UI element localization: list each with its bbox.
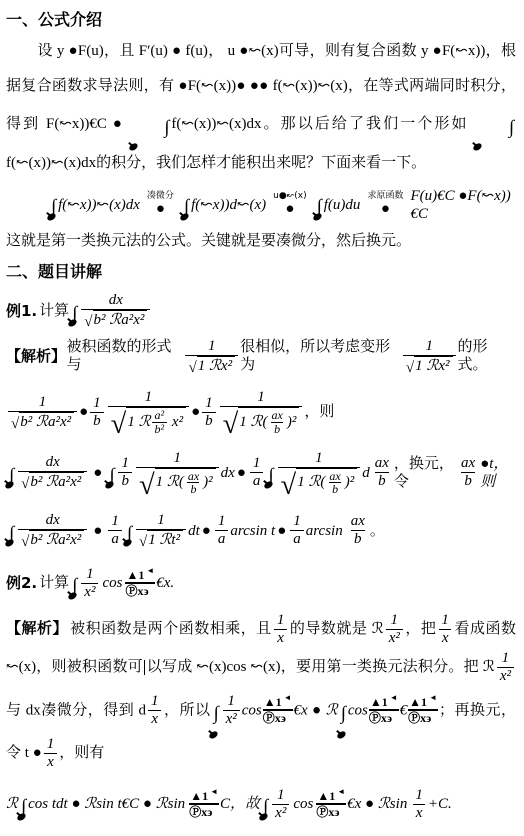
radical-sign: √ bbox=[406, 362, 414, 376]
integral-char: ∫ bbox=[164, 117, 169, 138]
corrupt-glyph-super: ◄ bbox=[390, 694, 398, 702]
denominator: b bbox=[461, 472, 475, 490]
corrupted-d: € bbox=[400, 702, 408, 718]
fraction-1-over-b: 1 b bbox=[90, 395, 104, 431]
intro-text-c: f(↜(x))↜(x)dx的积分，我们怎样才能积出来呢？下面来看一下。 bbox=[6, 155, 426, 171]
fraction-1-over-b: 1 b bbox=[202, 395, 216, 431]
numerator: ax bbox=[269, 409, 286, 422]
last-text-c: C，故 bbox=[220, 795, 260, 813]
last-text-e: €x ● ℛsin bbox=[347, 795, 407, 813]
denominator: √ b² ℛa²x² bbox=[18, 529, 87, 549]
corrupted-denominator: Ⓟx϶ bbox=[316, 805, 339, 818]
sol1-text-a: 被积函数的形式与 bbox=[67, 338, 184, 374]
sol2-text-a: 被积函数是两个函数相乘，且 bbox=[70, 621, 272, 637]
corrupted-numerator: ▲1◄ bbox=[125, 569, 155, 584]
corrupt-glyphs-top: ▲1 bbox=[409, 696, 427, 708]
row12-mid-text: ，换元，令 bbox=[394, 455, 456, 491]
integral-glyph: ∫ bbox=[109, 465, 114, 488]
sol2-text-f: 与 dx凑微分，得到 d bbox=[6, 702, 146, 718]
denominator: x bbox=[44, 753, 57, 771]
fraction-ax-over-b: ax b bbox=[185, 470, 202, 496]
corrupted-numerator: ▲1◄ bbox=[263, 696, 293, 711]
radical-sign: √ bbox=[139, 475, 155, 496]
numerator: 1 bbox=[250, 455, 264, 472]
integral-glyph: ∫ bbox=[184, 196, 189, 219]
fraction-1-over-a: 1 a bbox=[215, 513, 229, 549]
equals-annotated-u-phi: u●↜(x) ● bbox=[273, 192, 306, 217]
cos-term: cos bbox=[102, 574, 122, 592]
denominator: a bbox=[290, 530, 304, 548]
sol1-text-b: 很相似，所以考虑变形为 bbox=[240, 338, 401, 374]
chain-term-3: f(u)du bbox=[324, 196, 361, 214]
radicand: b² ℛa²x² bbox=[29, 472, 84, 491]
fraction-1-over-x: 1x bbox=[148, 693, 162, 729]
fraction-1-over-x2: 1x² bbox=[386, 612, 403, 648]
denominator: a bbox=[108, 530, 122, 548]
denominator: √ 1 ℛ( ax b )² bbox=[278, 467, 361, 496]
integral-char: ∫ bbox=[109, 465, 114, 486]
fraction-1-over-sqrt-t2: 1 √ 1 ℛt² bbox=[136, 512, 186, 550]
integral-glyph: ∫ bbox=[9, 523, 14, 546]
radicand-open: 1 ℛ( bbox=[297, 474, 325, 491]
radical-expression: √ b² ℛa²x² bbox=[11, 412, 74, 431]
integral-char: ∫ bbox=[317, 196, 322, 217]
radicand: 1 ℛt² bbox=[147, 530, 183, 549]
document-page: 一、公式介绍 设 y ●F(u)，且 F′(u) ● f(u)， u ●↜(x)… bbox=[0, 0, 524, 836]
substitution-formula-chain: ∫ f(↜x))↜(x)dx 凑微分 ● ∫ f(↜x))d↜(x) u●↜(x… bbox=[6, 187, 516, 223]
numerator: 1 bbox=[215, 513, 229, 530]
corrupt-glyph-super: ◄ bbox=[337, 788, 345, 796]
corrupted-fraction-1-over-x: ▲1◄Ⓟx϶ bbox=[369, 696, 399, 724]
equals-dot-glyph: ● bbox=[191, 403, 200, 421]
example2-statement: 例2. 计算 ∫ 1 x² cos ▲1◄ Ⓟx϶ €x. bbox=[6, 566, 516, 602]
fraction-ax-over-b: ax b bbox=[348, 513, 368, 549]
denominator: b bbox=[187, 482, 199, 496]
denominator: b² bbox=[152, 422, 168, 436]
corrupted-denominator: Ⓟx϶ bbox=[263, 711, 286, 724]
numerator: dx bbox=[106, 292, 126, 309]
fraction-ax-over-b: ax b bbox=[458, 455, 478, 491]
denominator: √ 1 ℛx² bbox=[403, 355, 456, 375]
integral-glyph: ∫ bbox=[268, 465, 273, 488]
denominator: b bbox=[329, 482, 341, 496]
numerator: 1 bbox=[148, 693, 162, 710]
radical-expression: √ 1 ℛ a² b² x² bbox=[111, 407, 186, 435]
fraction-1-over-b: 1 b bbox=[118, 455, 132, 491]
fraction-1-over-sqrt-axb: 1 √ 1 ℛ( ax b )² bbox=[278, 450, 361, 496]
corrupted-fraction-1-over-x: ▲1◄ Ⓟx϶ bbox=[125, 569, 155, 597]
fraction-ax-over-b: ax b bbox=[326, 470, 343, 496]
radicand: 1 ℛ( ax b )² bbox=[155, 468, 216, 496]
radical-sign: √ bbox=[21, 536, 29, 550]
integral-glyph: ∫ bbox=[341, 690, 346, 738]
equals-dot-glyph: ● bbox=[381, 202, 390, 217]
intro-text-b: f(↜(x))↜(x)dx。那以后给了我们一个形如 bbox=[171, 116, 474, 132]
radicand-text: 1 ℛ bbox=[127, 414, 150, 431]
numerator: 1 bbox=[202, 395, 216, 412]
denominator: √ b² ℛa²x² bbox=[18, 471, 87, 491]
corrupt-glyph-super: ◄ bbox=[210, 788, 218, 796]
corrupted-denominator: Ⓟx϶ bbox=[369, 711, 392, 724]
denominator: a bbox=[250, 472, 264, 490]
denominator: x² bbox=[81, 583, 98, 601]
numerator: 1 bbox=[499, 650, 513, 667]
fraction-1-over-x: 1x bbox=[438, 612, 452, 648]
arcsin-result-row: ∫ dx √ b² ℛa²x² ● 1 a ∫ 1 √ 1 ℛt² bbox=[6, 512, 516, 550]
integral-glyph: ∫ bbox=[263, 796, 268, 819]
corrupted-numerator: ▲1◄ bbox=[316, 790, 346, 805]
numerator: 1 bbox=[224, 693, 238, 710]
corrupt-glyphs-top: ▲1 bbox=[190, 790, 208, 802]
corrupted-dx-tail: €x. bbox=[156, 574, 174, 592]
denominator: x² bbox=[272, 804, 289, 822]
sol2-text-i: €x ● ℛ bbox=[294, 702, 338, 718]
corrupt-glyphs-top: ▲1 bbox=[126, 569, 144, 581]
fraction-1-over-a: 1 a bbox=[290, 513, 304, 549]
integral-glyph: ∫ bbox=[477, 106, 514, 149]
integral-glyph: ∫ bbox=[317, 196, 322, 219]
final-result-row: ℛ ∫ cos tdt ● ℛsin t€C ● ℛsin ▲1◄ Ⓟx϶ C，… bbox=[6, 787, 516, 823]
denominator: √ b² ℛa²x² bbox=[81, 309, 150, 329]
fraction-dx-over-sqrt: dx √ b² ℛa²x² bbox=[81, 292, 150, 330]
fraction-1-over-a: 1 a bbox=[250, 455, 264, 491]
sol2-text-g: ，所以 bbox=[163, 702, 210, 718]
radical-expression: √ 1 ℛ( ax b )² bbox=[139, 468, 216, 496]
equals-dot-glyph: ● bbox=[93, 464, 102, 482]
analysis-label: 【解析】 bbox=[6, 347, 65, 365]
denominator: √ 1 ℛ a² b² x² bbox=[108, 406, 189, 435]
differential-d: d bbox=[362, 464, 370, 482]
numerator: 1 bbox=[36, 394, 50, 411]
fraction-1-over-x2: 1 x² bbox=[81, 566, 98, 602]
fraction-1-over-x: 1btx bbox=[274, 612, 288, 648]
radical-sign: √ bbox=[21, 478, 29, 492]
equals-dot-glyph: ● bbox=[285, 202, 294, 217]
numerator: 1 bbox=[83, 566, 97, 583]
radical-sign: √ bbox=[281, 475, 297, 496]
integral-glyph: ∫ bbox=[213, 690, 218, 738]
fraction-1-over-sqrt-axb: 1 √ 1 ℛ( ax b )² bbox=[220, 389, 303, 435]
x-char: x bbox=[277, 630, 284, 647]
numerator: 1 bbox=[422, 338, 436, 355]
integral-glyph: ∫ bbox=[72, 303, 77, 326]
dt-term: dt bbox=[188, 522, 200, 540]
fraction-1-over-a: 1 a bbox=[108, 513, 122, 549]
numerator: ax bbox=[326, 470, 343, 483]
example1-label: 例1. bbox=[6, 302, 37, 320]
radical-expression: √ 1 ℛx² bbox=[188, 356, 235, 375]
numerator: 1 bbox=[154, 512, 168, 529]
denominator: √ 1 ℛt² bbox=[136, 529, 186, 549]
fraction-1-over-x2: 1x² bbox=[497, 650, 514, 686]
denominator: b bbox=[202, 412, 216, 430]
corrupted-numerator: ▲1◄ bbox=[408, 696, 438, 711]
row12-end-text: ●t，则 bbox=[480, 455, 516, 491]
fraction-1-over-x: 1x bbox=[44, 736, 58, 772]
radicand: 1 ℛx² bbox=[197, 356, 235, 375]
numerator: 1 bbox=[90, 395, 104, 412]
corrupted-fraction-1-over-x: ▲1◄Ⓟx϶ bbox=[408, 696, 438, 724]
denominator: x bbox=[148, 710, 161, 728]
radicand: 1 ℛ( ax b )² bbox=[296, 468, 357, 496]
integral-char: ∫ bbox=[263, 796, 268, 817]
fraction-ax-over-b: ax b bbox=[269, 409, 286, 435]
radical-sign: √ bbox=[11, 418, 19, 432]
corrupt-glyph-super: ◄ bbox=[146, 567, 154, 575]
numerator: 1 bbox=[274, 787, 288, 804]
denominator: b bbox=[90, 412, 104, 430]
numerator: ax bbox=[348, 513, 368, 530]
fraction-1-over-sqrt-1mx2: 1 √ 1 ℛx² bbox=[403, 338, 456, 376]
numerator: 1 bbox=[142, 389, 156, 406]
cos-term: cos bbox=[293, 795, 313, 813]
numerator: 1 bbox=[118, 455, 132, 472]
integral-glyph: ∫ bbox=[127, 523, 132, 546]
radicand: 1 ℛx² bbox=[414, 356, 452, 375]
radicand-close: )² bbox=[345, 474, 355, 491]
integral-char: ∫ bbox=[509, 117, 514, 138]
integral-char: ∫ bbox=[9, 465, 14, 486]
radical-sign: √ bbox=[223, 414, 239, 435]
integral-char: ∫ bbox=[72, 575, 77, 596]
dx-term: dx bbox=[221, 464, 235, 482]
corrupt-glyphs-top: ▲1 bbox=[264, 696, 282, 708]
radical-sign: √ bbox=[111, 414, 127, 435]
numerator: ax bbox=[185, 470, 202, 483]
chain-term-1: f(↜x))↜(x)dx bbox=[58, 196, 140, 214]
radical-expression: √ 1 ℛx² bbox=[406, 356, 453, 375]
integral-char: ∫ bbox=[127, 523, 132, 544]
radicand: b² ℛa²x² bbox=[19, 412, 74, 431]
radical-expression: √ b² ℛa²x² bbox=[21, 530, 84, 549]
last-text-f: +C. bbox=[428, 795, 452, 813]
sol2-text-b: 的导数就是 ℛ bbox=[289, 621, 383, 637]
corrupted-numerator: ▲1◄ bbox=[189, 790, 219, 805]
corrupted-fraction-1-over-x: ▲1◄ Ⓟx϶ bbox=[316, 790, 346, 818]
radical-sign: √ bbox=[188, 362, 196, 376]
fraction-a2-over-b2: a² b² bbox=[152, 409, 168, 435]
corrupted-denominator: Ⓟx϶ bbox=[125, 584, 148, 597]
numerator: 1 bbox=[205, 338, 219, 355]
radical-sign: √ bbox=[139, 536, 147, 550]
corrupted-denominator: Ⓟx϶ bbox=[408, 711, 431, 724]
numerator: ax bbox=[458, 455, 478, 472]
numerator: dx bbox=[43, 454, 63, 471]
integral-char: ∫ bbox=[51, 196, 56, 217]
radicand-open: 1 ℛ( bbox=[239, 414, 267, 431]
numerator: 1 bbox=[412, 787, 426, 804]
corrupt-glyph-super: ◄ bbox=[284, 694, 292, 702]
integral-char: ∫ bbox=[341, 703, 346, 724]
radicand: b² ℛa²x² bbox=[93, 310, 148, 329]
row13-end-punct: 。 bbox=[370, 522, 385, 540]
radicand-close: )² bbox=[287, 414, 297, 431]
fraction-1-over-sqrt: 1 √ b² ℛa²x² bbox=[8, 394, 77, 432]
equals-dot-glyph: ● bbox=[277, 522, 286, 540]
corrupted-denominator: Ⓟx϶ bbox=[189, 805, 212, 818]
equals-annotated-coudifferential: 凑微分 ● bbox=[147, 192, 174, 217]
denominator: x² bbox=[223, 710, 240, 728]
numerator: 1 bbox=[388, 612, 402, 629]
solution2-paragraph: 【解析】被积函数是两个函数相乘，且1btx的导数就是 ℛ1x²，把1x看成函数 … bbox=[6, 609, 516, 773]
sol1-text-c: 的形式。 bbox=[458, 338, 517, 374]
radical-sign: √ bbox=[84, 316, 92, 330]
integral-char: ∫ bbox=[9, 523, 14, 544]
equals-dot-glyph: ● bbox=[79, 403, 88, 421]
numerator: ax bbox=[372, 455, 392, 472]
cos-term: cos bbox=[348, 702, 368, 718]
arcsin-term: arcsin bbox=[306, 522, 343, 540]
radicand-open: 1 ℛ( bbox=[156, 474, 184, 491]
denominator: √ 1 ℛ( ax b )² bbox=[220, 406, 303, 435]
solution1-intro-line: 【解析】 被积函数的形式与 1 √ 1 ℛx² 很相似，所以考虑变形为 1 √ … bbox=[6, 338, 516, 376]
radicand-close: )² bbox=[203, 474, 213, 491]
radical-expression: √ 1 ℛ( ax b )² bbox=[281, 468, 358, 496]
denominator: b bbox=[271, 422, 283, 436]
denominator-x: tx bbox=[274, 629, 287, 647]
corrupted-fraction-1-over-x: ▲1◄ Ⓟx϶ bbox=[189, 790, 219, 818]
example1-verb: 计算 bbox=[39, 302, 69, 320]
example2-verb: 计算 bbox=[39, 574, 69, 592]
integral-char: ∫ bbox=[268, 465, 273, 486]
integral-glyph: ∫ bbox=[72, 575, 77, 598]
equals-dot-glyph: ● bbox=[202, 522, 211, 540]
fraction-ax-over-b: ax b bbox=[372, 455, 392, 491]
denominator: b bbox=[351, 530, 365, 548]
numerator: 1 bbox=[438, 612, 452, 629]
last-text-b: cos tdt ● ℛsin t€C ● ℛsin bbox=[28, 795, 185, 813]
numerator: a² bbox=[152, 409, 168, 422]
denominator: √ 1 ℛ( ax b )² bbox=[136, 467, 219, 496]
numerator: 1 bbox=[108, 513, 122, 530]
example2-label: 例2. bbox=[6, 574, 37, 592]
corrupted-numerator: ▲1◄ bbox=[369, 696, 399, 711]
corrupt-glyph-super: ◄ bbox=[429, 694, 437, 702]
arcsin-t-term: arcsin t bbox=[230, 522, 275, 540]
denominator: x² bbox=[386, 629, 403, 647]
radicand: b² ℛa²x² bbox=[29, 530, 84, 549]
fraction-1-over-sqrt-1mx2: 1 √ 1 ℛx² bbox=[185, 338, 238, 376]
denominator: x² bbox=[497, 667, 514, 685]
transformation-row: 1 √ b² ℛa²x² ● 1 b 1 √ 1 ℛ a² bbox=[6, 389, 516, 435]
intro-paragraph: 设 y ●F(u)，且 F′(u) ● f(u)， u ●↜(x)可导，则有复合… bbox=[6, 34, 516, 181]
corrupt-glyphs-top: ▲1 bbox=[317, 790, 335, 802]
numerator: 1 bbox=[254, 389, 268, 406]
equals-annotated-antiderivative: 求原函数 ● bbox=[367, 192, 403, 217]
chain-term-2: f(↜x))d↜(x) bbox=[191, 196, 266, 214]
integral-transform-row: ∫ dx √ b² ℛa²x² ● ∫ 1 b 1 √ 1 ℛ( bbox=[6, 450, 516, 496]
sol2-text-c: ，把 bbox=[405, 621, 437, 637]
integral-char: ∫ bbox=[213, 703, 218, 724]
corrupted-fraction-1-over-x: ▲1◄Ⓟx϶ bbox=[263, 696, 293, 724]
equals-dot-glyph: ● bbox=[237, 464, 246, 482]
fraction-1-over-x: 1 x bbox=[412, 787, 426, 823]
denominator: √ b² ℛa²x² bbox=[8, 411, 77, 431]
fraction-1-over-x2: 1 x² bbox=[272, 787, 289, 823]
row11-tail-text: ，则 bbox=[304, 403, 334, 421]
integral-char: ∫ bbox=[21, 796, 26, 817]
numerator: 1 bbox=[312, 450, 326, 467]
fraction-1-over-sqrt-nested: 1 √ 1 ℛ a² b² x² bbox=[108, 389, 189, 435]
section-heading-examples: 二、题目讲解 bbox=[6, 259, 516, 282]
denominator: a bbox=[215, 530, 229, 548]
denominator: b bbox=[118, 472, 132, 490]
radicand-tail: x² bbox=[168, 414, 183, 431]
integral-char: ∫ bbox=[184, 196, 189, 217]
denominator: √ 1 ℛx² bbox=[185, 355, 238, 375]
fraction-1-over-sqrt-axb: 1 √ 1 ℛ( ax b )² bbox=[136, 450, 219, 496]
numerator: 1 bbox=[171, 450, 185, 467]
analysis-label: 【解析】 bbox=[6, 619, 68, 637]
denominator: x bbox=[439, 629, 452, 647]
radicand: 1 ℛ a² b² x² bbox=[126, 407, 186, 435]
example1-statement: 例1. 计算 ∫ dx √ b² ℛa²x² bbox=[6, 292, 516, 330]
fraction-1-over-x2: 1x² bbox=[223, 693, 240, 729]
numerator: 1 bbox=[44, 736, 58, 753]
numerator: dx bbox=[43, 512, 63, 529]
sol2-text-e: 以写成 ↜(x)cos ↜(x)，要用第一类换元法积分。把 ℛ bbox=[146, 659, 494, 675]
equals-dot-glyph: ● bbox=[93, 522, 102, 540]
equals-dot-glyph: ● bbox=[156, 202, 165, 217]
integral-char: ∫ bbox=[72, 303, 77, 324]
corrupt-glyphs-top: ▲1 bbox=[370, 696, 388, 708]
denominator: x bbox=[413, 804, 426, 822]
integral-glyph: ∫ bbox=[133, 106, 170, 149]
radicand: 1 ℛ( ax b )² bbox=[238, 407, 299, 435]
integral-glyph: ∫ bbox=[21, 796, 26, 819]
denominator: b bbox=[375, 472, 389, 490]
section-heading-formula-intro: 一、公式介绍 bbox=[6, 7, 516, 30]
chain-term-4: F(u)€C ●F(↜x))€C bbox=[410, 187, 516, 223]
radical-expression: √ 1 ℛt² bbox=[139, 530, 183, 549]
cos-term: cos bbox=[242, 702, 262, 718]
fraction-dx-over-sqrt: dx √ b² ℛa²x² bbox=[18, 512, 87, 550]
fraction-dx-over-sqrt: dx √ b² ℛa²x² bbox=[18, 454, 87, 492]
radical-expression: √ 1 ℛ( ax b )² bbox=[223, 407, 300, 435]
numerator: 1 bbox=[274, 612, 288, 629]
last-minus-glyph: ℛ bbox=[6, 795, 18, 813]
integral-glyph: ∫ bbox=[51, 196, 56, 219]
radical-expression: √ b² ℛa²x² bbox=[21, 472, 84, 491]
sol2-text-m: ，则有 bbox=[59, 745, 104, 761]
section1-closing-text: 这就是第一类换元法的公式。关键就是要凑微分，然后换元。 bbox=[6, 227, 516, 256]
radical-expression: √ b² ℛa²x² bbox=[84, 310, 147, 329]
integral-glyph: ∫ bbox=[9, 465, 14, 488]
numerator: 1 bbox=[290, 513, 304, 530]
